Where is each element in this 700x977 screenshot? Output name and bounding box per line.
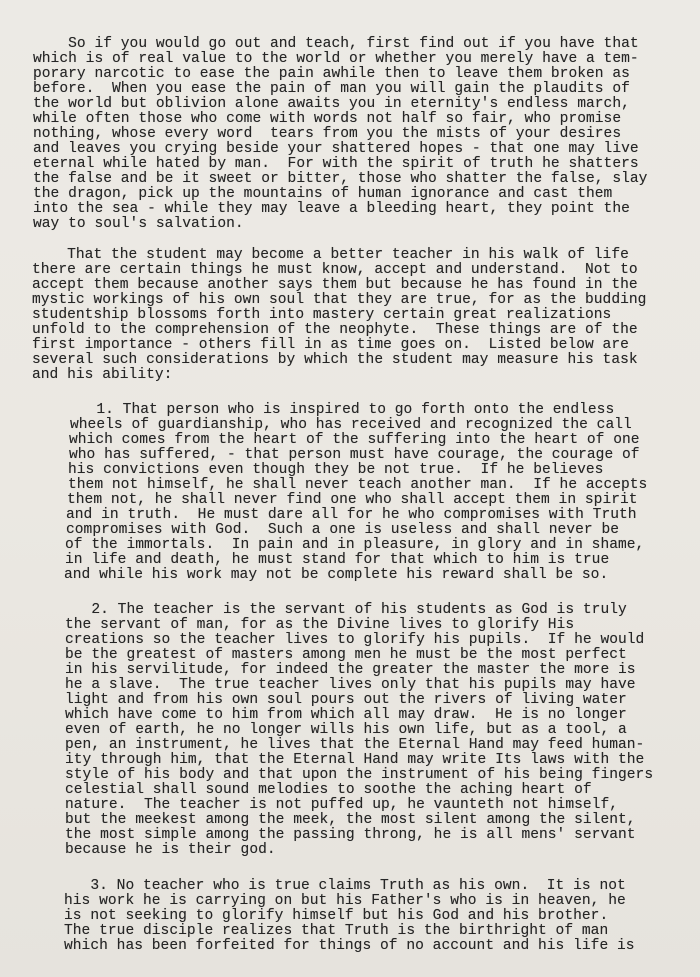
- text-line: 3. No teacher who is true claims Truth a…: [64, 879, 626, 894]
- text-line: the servant of man, for as the Divine li…: [65, 618, 574, 633]
- text-line: That the student may become a better tea…: [32, 248, 629, 263]
- text-line: light and from his own soul pours out th…: [65, 693, 627, 708]
- text-line: compromises with God. Such a one is usel…: [66, 523, 619, 538]
- text-line: in his servilitude, for indeed the great…: [65, 663, 636, 678]
- text-line: and leaves you crying beside your shatte…: [33, 142, 639, 157]
- text-line: before. When you ease the pain of man yo…: [33, 82, 630, 97]
- text-line: which is of real value to the world or w…: [33, 52, 639, 67]
- text-line: studentship blossoms forth into mastery …: [32, 308, 611, 323]
- text-line: ity through him, that the Eternal Hand m…: [65, 753, 644, 768]
- text-line: wheels of guardianship, who has received…: [70, 418, 632, 433]
- text-line: of the immortals. In pain and in pleasur…: [65, 538, 644, 553]
- text-line: in life and death, he must stand for tha…: [65, 553, 609, 568]
- text-line: which have come to him from which all ma…: [65, 708, 627, 723]
- text-line: pen, an instrument, he lives that the Et…: [65, 738, 644, 753]
- text-line: the false and be it sweet or bitter, tho…: [33, 172, 647, 187]
- text-line: is not seeking to glorify himself but hi…: [64, 909, 608, 924]
- text-line: even of earth, he no longer wills his ow…: [65, 723, 627, 738]
- text-line: 2. The teacher is the servant of his stu…: [65, 603, 627, 618]
- text-line: and while his work may not be complete h…: [64, 568, 608, 583]
- text-line: accept them because another says them bu…: [32, 278, 638, 293]
- text-line: he a slave. The true teacher lives only …: [65, 678, 636, 693]
- text-line: several such considerations by which the…: [32, 353, 638, 368]
- text-line: his convictions even though they be not …: [68, 463, 603, 478]
- text-line: the world but oblivion alone awaits you …: [33, 97, 630, 112]
- text-line: style of his body and that upon the inst…: [65, 768, 653, 783]
- text-line: creations so the teacher lives to glorif…: [65, 633, 644, 648]
- text-line: who has suffered, - that person must hav…: [69, 448, 640, 463]
- text-line: So if you would go out and teach, first …: [33, 37, 639, 52]
- text-line: and his ability:: [32, 368, 172, 383]
- text-line: them not himself, he shall never teach a…: [68, 478, 647, 493]
- text-line: mystic workings of his own soul that the…: [32, 293, 646, 308]
- text-line: the most simple among the passing throng…: [65, 828, 636, 843]
- text-line: 1. That person who is inspired to go for…: [70, 403, 614, 418]
- text-line: them not, he shall never find one who sh…: [67, 493, 638, 508]
- text-line: into the sea - while they may leave a bl…: [33, 202, 630, 217]
- text-line: first importance - others fill in as tim…: [32, 338, 629, 353]
- text-line: The true disciple realizes that Truth is…: [64, 924, 608, 939]
- typewritten-page: So if you would go out and teach, first …: [0, 0, 700, 977]
- text-line: the dragon, pick up the mountains of hum…: [33, 187, 612, 202]
- text-line: but the meekest among the meek, the most…: [65, 813, 636, 828]
- text-line: celestial shall sound melodies to soothe…: [65, 783, 592, 798]
- text-line: his work he is carrying on but his Fathe…: [64, 894, 626, 909]
- text-line: and in truth. He must dare all for he wh…: [66, 508, 637, 523]
- text-line: there are certain things he must know, a…: [32, 263, 638, 278]
- text-line: porary narcotic to ease the pain awhile …: [33, 67, 630, 82]
- text-line: while often those who come with words no…: [33, 112, 621, 127]
- text-line: which has been forfeited for things of n…: [64, 939, 635, 954]
- text-line: nothing, whose every word tears from you…: [33, 127, 621, 142]
- text-line: way to soul's salvation.: [33, 217, 244, 232]
- text-line: nature. The teacher is not puffed up, he…: [65, 798, 618, 813]
- text-line: unfold to the comprehension of the neoph…: [32, 323, 638, 338]
- text-line: which comes from the heart of the suffer…: [69, 433, 640, 448]
- text-line: eternal while hated by man. For with the…: [33, 157, 639, 172]
- text-line: be the greatest of masters among men he …: [65, 648, 627, 663]
- text-line: because he is their god.: [65, 843, 276, 858]
